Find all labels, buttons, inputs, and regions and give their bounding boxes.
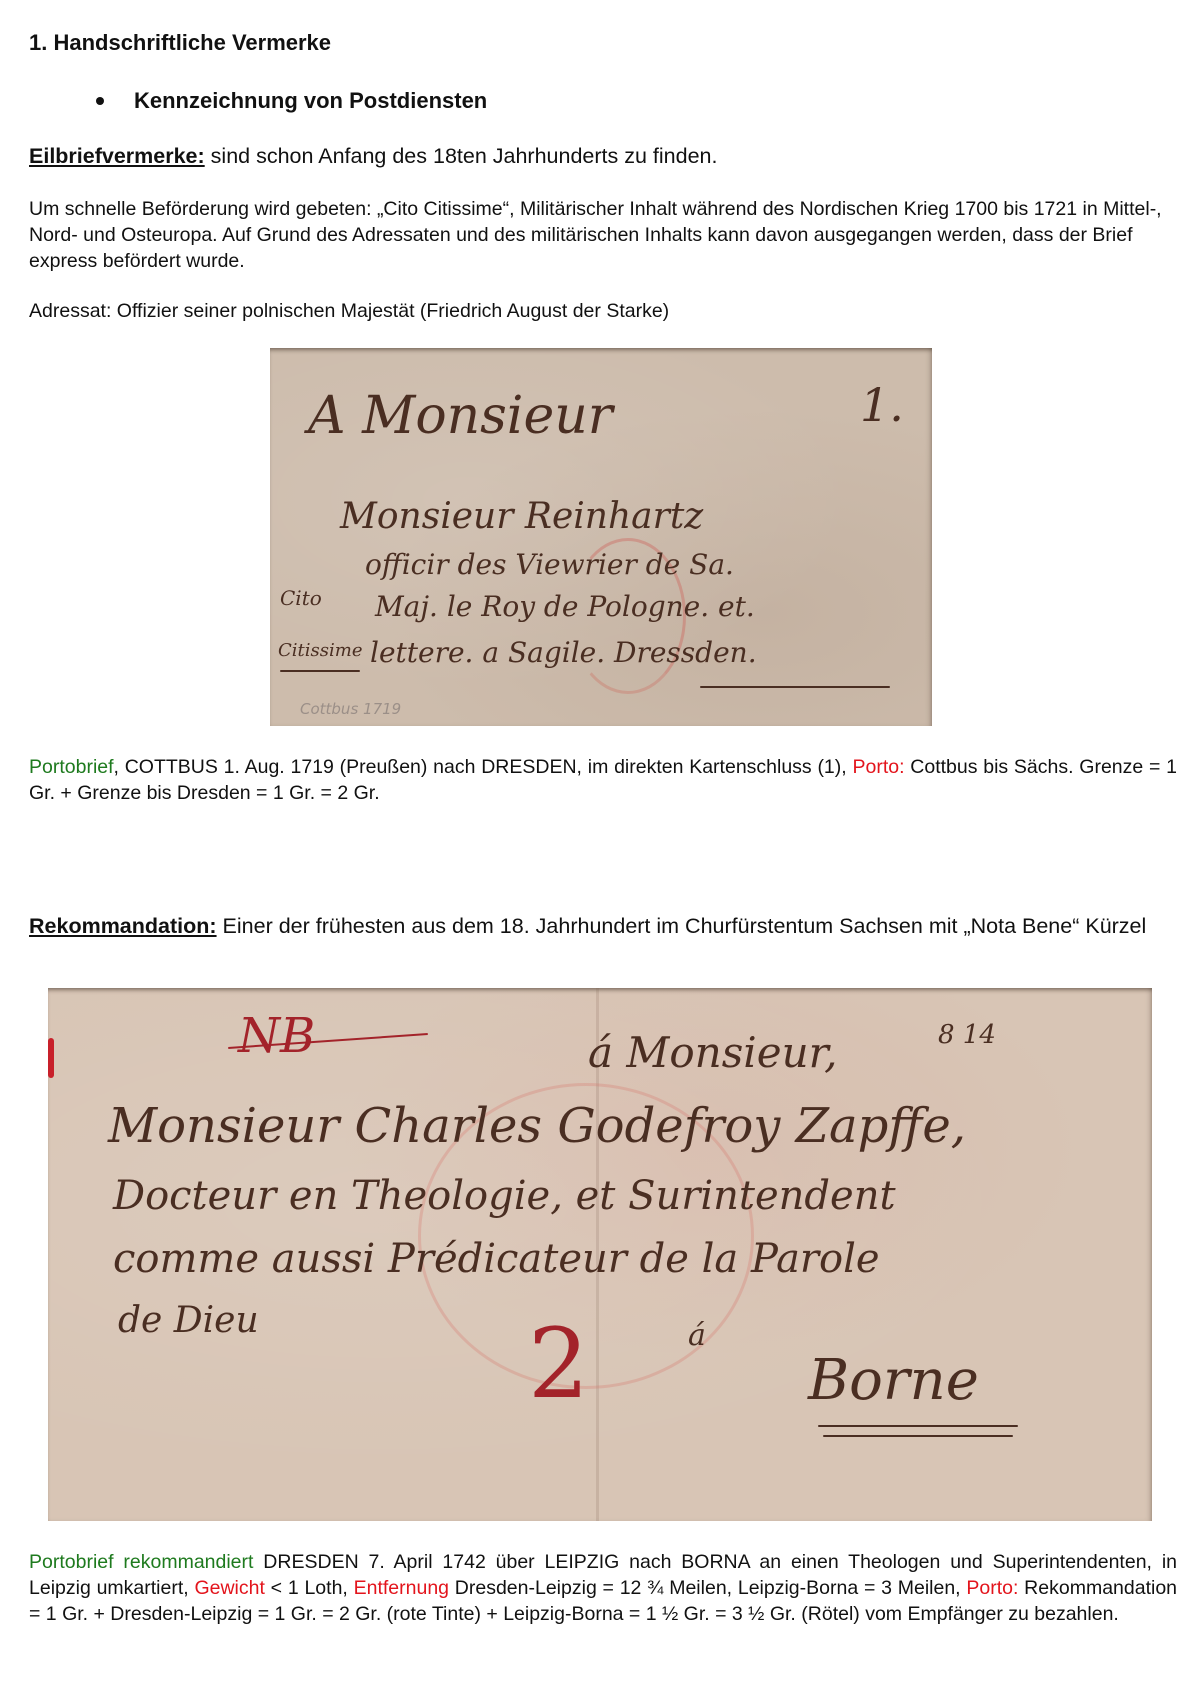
letter-image-cottbus: A Monsieur 1. Monsieur Reinhartz officir… [270,348,932,726]
bullet-icon [96,97,104,105]
margin-underline [280,670,360,672]
letter-line-4: Maj. le Roy de Pologne. et. [375,590,755,623]
caption-text: , COTTBUS 1. Aug. 1719 (Preußen) nach DR… [114,756,853,778]
type-label: Portobrief [29,756,114,778]
letter-line-5: de Dieu [118,1300,259,1341]
eilbrief-lead: Eilbriefvermerke: sind schon Anfang des … [29,142,1179,170]
margin-note-citissime: Citissime [278,640,362,661]
rekommandation-lead-text: Einer der frühesten aus dem 18. Jahrhund… [217,914,1147,938]
destination-prefix: á [688,1318,706,1353]
eilbrief-lead-text: sind schon Anfang des 18ten Jahrhunderts… [205,144,718,168]
subheading: Kennzeichnung von Postdiensten [134,88,487,114]
letter-image-dresden: NB á Monsieur, 8 14 Monsieur Charles God… [48,988,1152,1521]
type-label: Portobrief rekommandiert [29,1551,253,1573]
porto-label: Porto: [852,756,904,778]
rekommandation-label: Rekommandation: [29,914,217,938]
pencil-note: Cottbus 1719 [300,700,401,718]
caption-text: < 1 Loth, [265,1577,354,1599]
rate-top: 8 14 [938,1020,996,1050]
destination-underline-2 [823,1435,1013,1437]
destination-underline [818,1425,1018,1427]
rate-mark: 1. [860,378,904,432]
letter-line-1: á Monsieur, [588,1028,837,1077]
margin-note-cito: Cito [280,586,322,610]
letter-line-1: A Monsieur [308,386,613,446]
caption-dresden: Portobrief rekommandiert DRESDEN 7. Apri… [29,1549,1177,1627]
eilbrief-label: Eilbriefvermerke: [29,144,205,168]
subheading-bullet-item: Kennzeichnung von Postdiensten [96,88,487,114]
letter-line-3: Docteur en Theologie, et Surintendent [113,1173,896,1219]
eilbrief-addressee: Adressat: Offizier seiner polnischen Maj… [29,298,1179,324]
eilbrief-paragraph: Um schnelle Beförderung wird gebeten: „C… [29,196,1179,274]
section-heading: 1. Handschriftliche Vermerke [29,30,331,56]
nota-bene-mark: NB [238,1008,315,1064]
rate-red: 2 [528,1308,589,1420]
destination-underline [700,686,890,688]
red-seal-trace [48,1038,54,1078]
porto-label: Porto: [966,1577,1018,1599]
letter-line-4: comme aussi Prédicateur de la Parole [113,1236,880,1282]
caption-text: Dresden-Leipzig = 12 ¾ Meilen, Leipzig-B… [449,1577,966,1599]
rekommandation-lead: Rekommandation: Einer der frühesten aus … [29,912,1179,940]
letter-line-2: Monsieur Reinhartz [340,496,703,537]
letter-line-3: officir des Viewrier de Sa. [365,548,734,581]
destination: Borne [808,1348,979,1413]
letter-line-2: Monsieur Charles Godefroy Zapffe, [108,1098,966,1154]
gewicht-label: Gewicht [194,1577,264,1599]
caption-cottbus: Portobrief, COTTBUS 1. Aug. 1719 (Preuße… [29,754,1177,806]
letter-line-5: lettere. a Sagile. Dressden. [370,636,757,669]
entfernung-label: Entfernung [354,1577,449,1599]
